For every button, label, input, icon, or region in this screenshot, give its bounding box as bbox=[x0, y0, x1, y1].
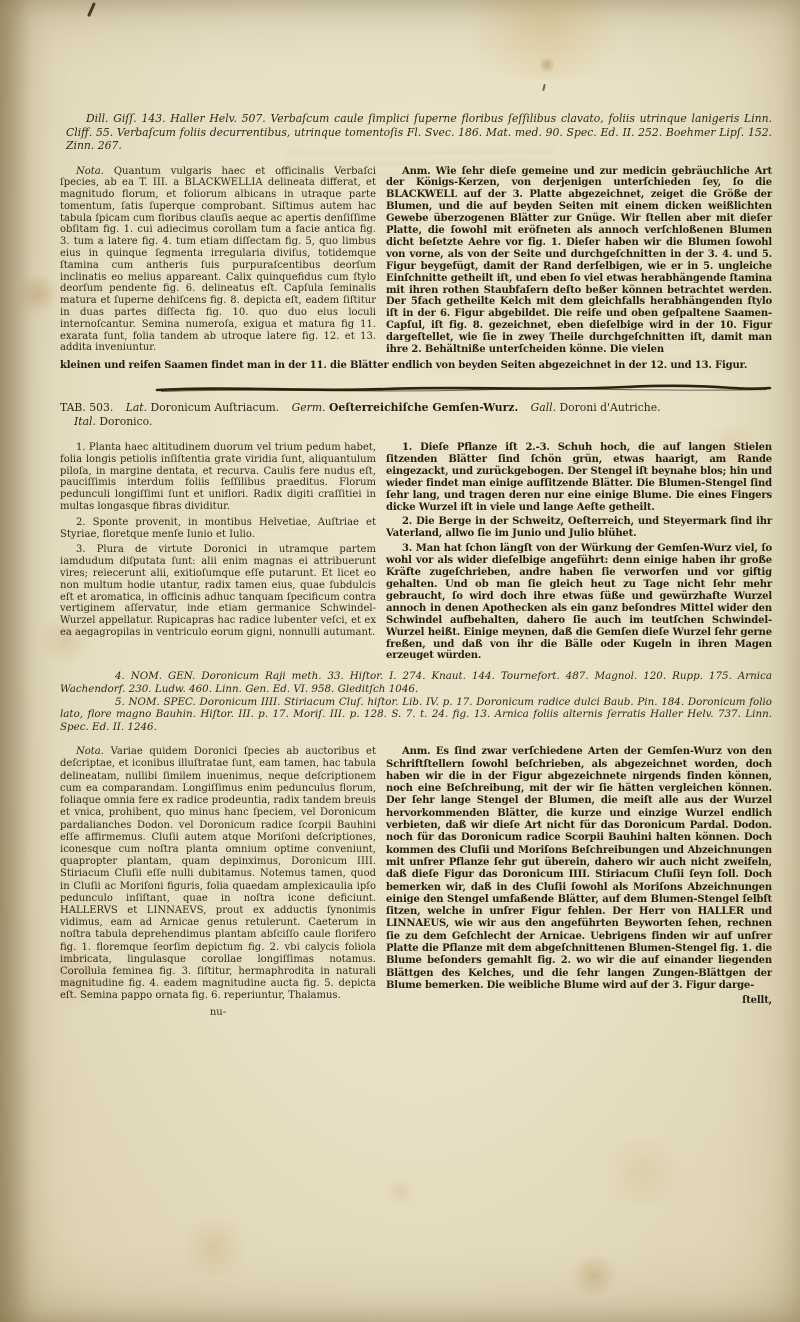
latin-section-3: 3. Plura de virtute Doronici in utramque… bbox=[60, 544, 376, 638]
lat-name: Doronicum Auſtriacum. bbox=[151, 401, 280, 414]
page-content: Dill. Giſſ. 143. Haller Helv. 507. Verba… bbox=[60, 0, 772, 1019]
catchword: nu- bbox=[60, 1007, 376, 1019]
anm-label: Anm. bbox=[402, 166, 431, 177]
anm-label: Anm. bbox=[402, 746, 431, 757]
continuation-line: kleinen und reifen Saamen findet man in … bbox=[60, 360, 772, 372]
section-divider bbox=[155, 379, 772, 389]
german-column-bottom: Anm. Es ſind zwar verſchiedene Arten der… bbox=[386, 746, 772, 1007]
scanned-book-page: Dill. Giſſ. 143. Haller Helv. 507. Verba… bbox=[0, 0, 800, 1322]
nota-label: Nota. bbox=[76, 166, 104, 177]
bottom-columns: Nota. Variae quidem Doronici ſpecies ab … bbox=[60, 746, 772, 1018]
nomenclature-block: 4. NOM. GEN. Doronicum Raji meth. 33. Hi… bbox=[60, 670, 772, 733]
nota-verbascum-paragraph: Nota. Quantum vulgaris haec et officinal… bbox=[60, 166, 376, 355]
hyphenated-line-end: ſtellt, bbox=[386, 995, 772, 1007]
tab-heading-line1: TAB. 503. Lat. Doronicum Auſtriacum. Ger… bbox=[60, 401, 772, 415]
lat-label: Lat. bbox=[126, 401, 147, 414]
paper-stain bbox=[595, 1140, 690, 1205]
citation-line: Dill. Giſſ. 143. Haller Helv. 507. Verba… bbox=[66, 112, 772, 153]
latin-section-2: 2. Sponte provenit, in montibus Helvetia… bbox=[60, 517, 376, 541]
germ-name: Oeſterreichiſche Gemſen-Wurz. bbox=[329, 401, 518, 414]
gall-name: Doroni d'Autriche. bbox=[559, 401, 660, 414]
paper-stain bbox=[568, 1255, 620, 1297]
ital-label: Ital. bbox=[74, 415, 96, 428]
anm-body: Wie ſehr dieſe gemeine und zur medicin g… bbox=[386, 166, 772, 356]
ital-name: Doronico. bbox=[99, 415, 152, 428]
german-column-doronicum: 1. Dieſe Pflanze iſt 2.-3. Schuh hoch, d… bbox=[386, 442, 772, 665]
anm-doronicum-paragraph: Anm. Es ſind zwar verſchiedene Arten der… bbox=[386, 746, 772, 992]
anm-body: Es ſind zwar verſchiedene Arten der Gemſ… bbox=[386, 746, 772, 991]
paper-stain bbox=[175, 1220, 253, 1276]
latin-section-1: 1. Planta haec altitudinem duorum vel tr… bbox=[60, 442, 376, 513]
tab-number: TAB. 503. bbox=[60, 401, 113, 414]
verbascum-columns: Nota. Quantum vulgaris haec et officinal… bbox=[60, 166, 772, 360]
doronicum-columns: 1. Planta haec altitudinem duorum vel tr… bbox=[60, 442, 772, 665]
gall-label: Gall. bbox=[531, 401, 556, 414]
tab-heading-line2: Ital. Doronico. bbox=[74, 415, 772, 429]
nom-spec-line: 5. NOM. SPEC. Doronicum IIII. Stiriacum … bbox=[60, 696, 772, 734]
nota-doronicum-paragraph: Nota. Variae quidem Doronici ſpecies ab … bbox=[60, 746, 376, 1002]
nota-body: Quantum vulgaris haec et officinalis Ver… bbox=[60, 166, 376, 354]
latin-column-bottom: Nota. Variae quidem Doronici ſpecies ab … bbox=[60, 746, 376, 1018]
paper-stain bbox=[385, 1178, 417, 1204]
nom-gen-line: 4. NOM. GEN. Doronicum Raji meth. 33. Hi… bbox=[60, 670, 772, 695]
tab-heading: TAB. 503. Lat. Doronicum Auſtriacum. Ger… bbox=[60, 401, 772, 429]
german-column-verbascum: Anm. Wie ſehr dieſe gemeine und zur medi… bbox=[386, 166, 772, 360]
german-section-3: 3. Man hat ſchon längſt von der Würkung … bbox=[386, 543, 772, 662]
german-section-1: 1. Dieſe Pflanze iſt 2.-3. Schuh hoch, d… bbox=[386, 442, 772, 513]
latin-column-doronicum: 1. Planta haec altitudinem duorum vel tr… bbox=[60, 442, 376, 643]
germ-label: Germ. bbox=[292, 401, 326, 414]
page-gutter-shadow bbox=[0, 0, 30, 1322]
nota-label: Nota. bbox=[76, 746, 104, 757]
nota-body: Variae quidem Doronici ſpecies ab auctor… bbox=[60, 746, 376, 1001]
latin-column-verbascum: Nota. Quantum vulgaris haec et officinal… bbox=[60, 166, 376, 359]
anm-verbascum-paragraph: Anm. Wie ſehr dieſe gemeine und zur medi… bbox=[386, 166, 772, 357]
section-divider-rule bbox=[155, 384, 772, 394]
german-section-2: 2. Die Berge in der Schweitz, Oeſterreic… bbox=[386, 516, 772, 540]
